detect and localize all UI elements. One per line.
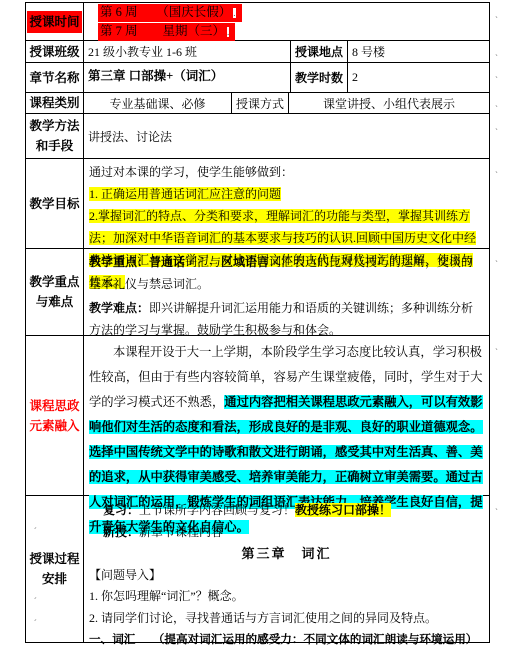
table-row-chapter: 章节名称 第三章 口部操+（词汇） 教学时数 2: [26, 63, 489, 93]
objectives-label: 教学目标: [26, 159, 84, 248]
process-label: 授课过程 安排: [26, 496, 84, 642]
table-row-process: 授课过程 安排 复习：上节课所学内容回顾与复习！教授练习口部操！ 新授：新章节课…: [26, 496, 489, 642]
table-row-focus: 教学重点 与难点 教学重点：普通话词汇与区域语言词汇表达的比对及技巧的运用，交谈…: [26, 249, 489, 336]
objectives-intro: 通过对本课的学习，使学生能够做到：: [84, 161, 489, 183]
process-chapter-title: 第三章 词汇: [89, 543, 484, 565]
category-label: 课程类别: [26, 93, 84, 113]
time-value-cell: 第 6 周 （国庆长假） 第 7 周 星期（三）: [84, 3, 489, 40]
time-week2: 第 7 周 星期（三）: [98, 23, 235, 41]
hours-label: 教学时数: [291, 63, 348, 92]
lesson-plan-page: 授课时间 第 6 周 （国庆长假） 第 7 周 星期（三） 授课班级 21 级小…: [0, 0, 505, 655]
paragraph-mark: [495, 252, 499, 256]
process-section-heading: 一、词汇 （提高对词汇运用的感受力：不同文体的词汇朗读与环境运用）: [89, 629, 484, 651]
focus-points: 教学重点：普通话词汇与区域语言词汇表达的比对及技巧的运用，交谈的基本礼仪与禁忌词…: [84, 249, 489, 295]
paragraph-mark: [495, 97, 499, 101]
process-question-1: 1. 你怎吗理解“词汇”？概念。: [89, 586, 484, 608]
paragraph-mark: [34, 584, 37, 604]
table-row-category: 课程类别 专业基础课、必修 授课方式 课堂讲授、小组代表展示: [26, 93, 489, 114]
class-value: 21 级小教专业 1-6 班: [84, 41, 291, 62]
focus-label: 教学重点 与难点: [26, 249, 84, 335]
focus-content: 教学重点：普通话词汇与区域语言词汇表达的比对及技巧的运用，交谈的基本礼仪与禁忌词…: [84, 249, 489, 335]
ideology-content: 本课程开设于大一上学期，本阶段学生学习态度比较认真，学习积极性较高，但由于有些内…: [84, 336, 489, 495]
class-label: 授课班级: [26, 41, 84, 62]
methods-label: 教学方法 和手段: [26, 114, 84, 158]
mode-label: 授课方式: [232, 93, 289, 113]
time-label-cell: 授课时间: [26, 3, 84, 40]
time-week1: 第 6 周 （国庆长假）: [98, 4, 242, 22]
focus-difficulties: 教学难点：即兴讲解提升词汇运用能力和语质的关键训练；多种训练分析方法的学习与掌握…: [84, 295, 489, 341]
table-row-ideology: 课程思政 元素融入 本课程开设于大一上学期，本阶段学生学习态度比较认真，学习积极…: [26, 336, 489, 496]
table-row-objectives: 教学目标 通过对本课的学习，使学生能够做到： 1. 正确运用普通话词汇应注意的问…: [26, 159, 489, 249]
objectives-item1: 1. 正确运用普通话词汇应注意的问题: [84, 183, 489, 205]
hours-value: 2: [348, 63, 489, 92]
process-question-2: 2. 请同学们讨论，寻找普通话与方言词汇使用之间的异同及特点。: [89, 608, 484, 630]
paragraph-mark: [495, 68, 499, 72]
table-row-time: 授课时间 第 6 周 （国庆长假） 第 7 周 星期（三）: [26, 3, 489, 41]
location-label: 授课地点: [291, 41, 348, 62]
location-value: 8 号楼: [348, 41, 489, 62]
process-new-line: 新授：新章节课程内容: [89, 522, 484, 544]
paragraph-mark: [495, 340, 499, 344]
process-content: 复习：上节课所学内容回顾与复习！教授练习口部操！ 新授：新章节课程内容 第三章 …: [84, 496, 489, 642]
methods-value: 讲授法、讨论法: [84, 114, 489, 158]
process-review-line: 复习：上节课所学内容回顾与复习！教授练习口部操！: [89, 500, 484, 522]
paragraph-mark: [495, 500, 499, 504]
paragraph-mark: [495, 120, 499, 124]
category-value: 专业基础课、必修: [84, 93, 232, 113]
paragraph-mark: [495, 8, 499, 12]
paragraph-mark: [34, 514, 37, 534]
table-row-methods: 教学方法 和手段 讲授法、讨论法: [26, 114, 489, 159]
time-label: 授课时间: [27, 11, 81, 33]
process-intro-bracket: 【问题导入】: [89, 565, 484, 587]
mode-value: 课堂讲授、小组代表展示: [289, 93, 489, 113]
table-row-class: 授课班级 21 级小教专业 1-6 班 授课地点 8 号楼: [26, 41, 489, 63]
paragraph-mark: [34, 606, 37, 626]
chapter-value: 第三章 口部操+（词汇）: [84, 63, 291, 92]
ideology-label: 课程思政 元素融入: [26, 336, 84, 495]
paragraph-mark: [495, 163, 499, 167]
paragraph-mark: [495, 46, 499, 50]
chapter-label: 章节名称: [26, 63, 84, 92]
objectives-content: 通过对本课的学习，使学生能够做到： 1. 正确运用普通话词汇应注意的问题 2.掌…: [84, 159, 489, 248]
lesson-plan-table: 授课时间 第 6 周 （国庆长假） 第 7 周 星期（三） 授课班级 21 级小…: [25, 2, 490, 643]
